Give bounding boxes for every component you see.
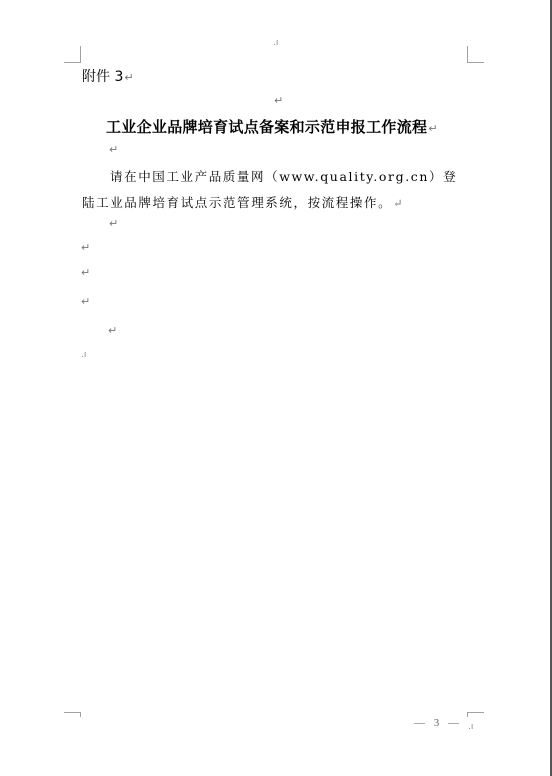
body-paragraph: 请在中国工业产品质量网（www.quality.org.cn）登陆工业品牌培育试… [82,164,467,217]
document-title: 工业企业品牌培育试点备案和示范申报工作流程↵ [106,117,438,139]
paragraph-mark-icon: ↵ [124,71,133,84]
document-page: .ı 附件 3↵ ↵ 工业企业品牌培育试点备案和示范申报工作流程↵ ↵ 请在中国… [0,0,551,776]
header-mark-icon: .ı [273,38,278,48]
paragraph-mark-icon: ↵ [109,219,118,229]
attachment-label-text: 附件 3 [82,69,123,85]
paragraph-mark-icon: ↵ [81,268,90,278]
page-number: — 3 — [414,717,462,729]
attachment-label: 附件 3↵ [82,68,134,87]
end-mark-icon: .ı [81,350,86,360]
paragraph-mark-icon: ↵ [428,122,438,135]
crop-mark-bottom-right [467,712,484,717]
crop-mark-top-right [467,46,484,63]
paragraph-mark-icon: ↵ [81,243,90,253]
footer-mark-icon: .ı [468,722,473,732]
paragraph-mark-icon: ↵ [274,96,283,106]
document-title-text: 工业企业品牌培育试点备案和示范申报工作流程 [106,118,427,136]
paragraph-mark-icon: ↵ [81,297,90,307]
crop-mark-top-left [64,46,81,63]
paragraph-mark-icon: ↵ [393,197,402,210]
paragraph-mark-icon: ↵ [109,145,118,155]
crop-mark-bottom-left [64,712,81,717]
paragraph-mark-icon: ↵ [108,326,117,336]
